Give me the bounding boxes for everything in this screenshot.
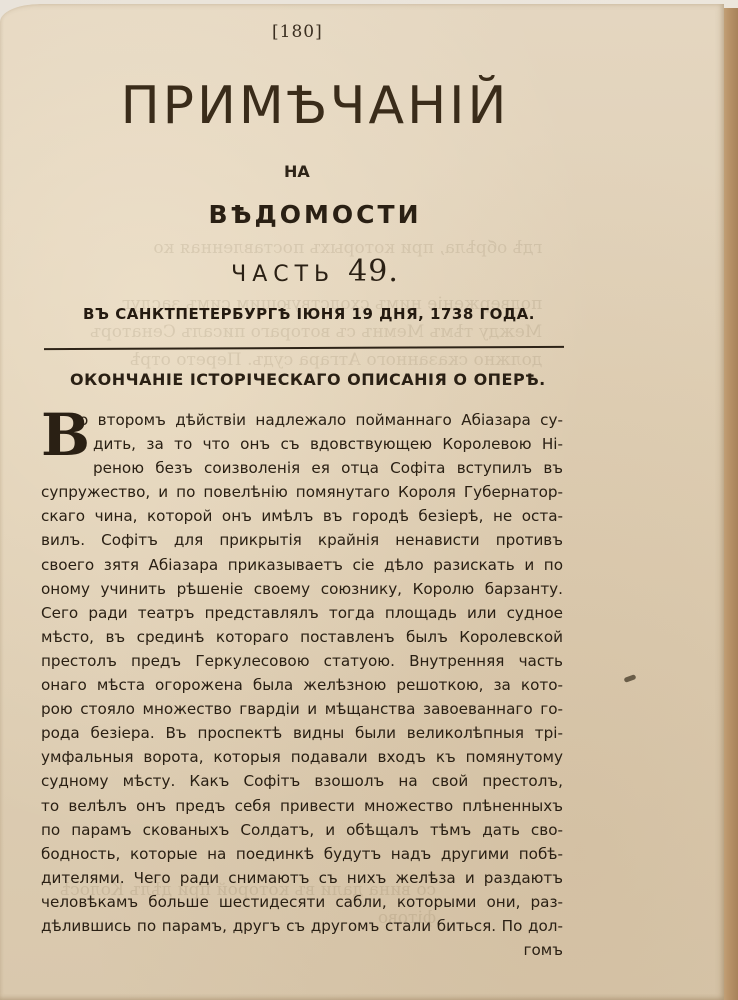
body-line: о второмъ дѣйствіи надлежало пойманнаго … — [41, 408, 563, 432]
body-line: дить, за то что онъ съ вдовствующею Коро… — [41, 432, 563, 456]
body-line: человѣкамъ больше шестидесяти сабли, кот… — [41, 890, 563, 914]
body-line: по парамъ скованыхъ Солдатъ, и обѣщалъ т… — [41, 818, 563, 842]
section-title: ОКОНЧАНІЕ ІСТОРІЧЕСКАГО ОПИСАНІЯ О ОПЕРѢ… — [70, 370, 550, 389]
subtitle-na: НА — [284, 162, 310, 181]
horizontal-rule — [44, 346, 564, 350]
body-line: то велѣлъ онъ предъ себя привести множес… — [41, 794, 563, 818]
body-line: оному учинить рѣшеніе своему союзнику, К… — [41, 577, 563, 601]
body-line: Сего ради театръ представлялъ тогда площ… — [41, 601, 563, 625]
body-text: В о второмъ дѣйствіи надлежало пойманнаг… — [41, 408, 563, 962]
part-heading: ЧАСТЬ 49. — [200, 254, 430, 289]
part-label: ЧАСТЬ — [231, 262, 335, 287]
body-line: престолъ предъ Геркулесовою статуою. Вну… — [41, 649, 563, 673]
body-line: своего зятя Абіазара приказываетъ сіе дѣ… — [41, 553, 563, 577]
date-line: ВЪ САНКТПЕТЕРБУРГѢ ІЮНЯ 19 ДНЯ, 1738 ГОД… — [64, 305, 554, 323]
body-line: мѣсто, въ срединѣ котораго поставленъ бы… — [41, 625, 563, 649]
body-line: супружество, и по повелѣнію помянутаго К… — [41, 480, 563, 504]
subtitle-vedomosti: ВѢДОМОСТИ — [200, 200, 430, 229]
drop-cap: В — [41, 406, 90, 464]
body-line: дителями. Чего ради снимаютъ съ нихъ жел… — [41, 866, 563, 890]
body-line: судному мѣсту. Какъ Софітъ взошолъ на св… — [41, 769, 563, 793]
body-line: рода безіера. Въ проспектѣ видны были ве… — [41, 721, 563, 745]
page-title: ПРИМѢЧАНІЙ — [110, 76, 520, 136]
body-line: бодность, которые на поединкѣ будутъ над… — [41, 842, 563, 866]
body-line: рою стояло множество гвардіи и мѣщанства… — [41, 697, 563, 721]
part-number: 49. — [348, 254, 399, 289]
body-line: дѣлившись по парамъ, другъ съ другомъ ст… — [41, 914, 563, 938]
body-line: умфальныя ворота, которыя подавали входъ… — [41, 745, 563, 769]
page-number: [180] — [272, 22, 323, 42]
body-line: скаго чина, которой онъ имѣлъ въ городѣ … — [41, 504, 563, 528]
body-line: реною безъ соизволенія ея отца Софіта вс… — [41, 456, 563, 480]
book-page: гдѣ обрѣла, при которыхъ поставленная ко… — [0, 4, 724, 1000]
catchword: гомъ — [41, 938, 563, 962]
body-line: вилъ. Софітъ для прикрытія крайнія ненав… — [41, 528, 563, 552]
body-line: онаго мѣста огорожена была желѣзною решо… — [41, 673, 563, 697]
paper-speck — [624, 674, 637, 683]
